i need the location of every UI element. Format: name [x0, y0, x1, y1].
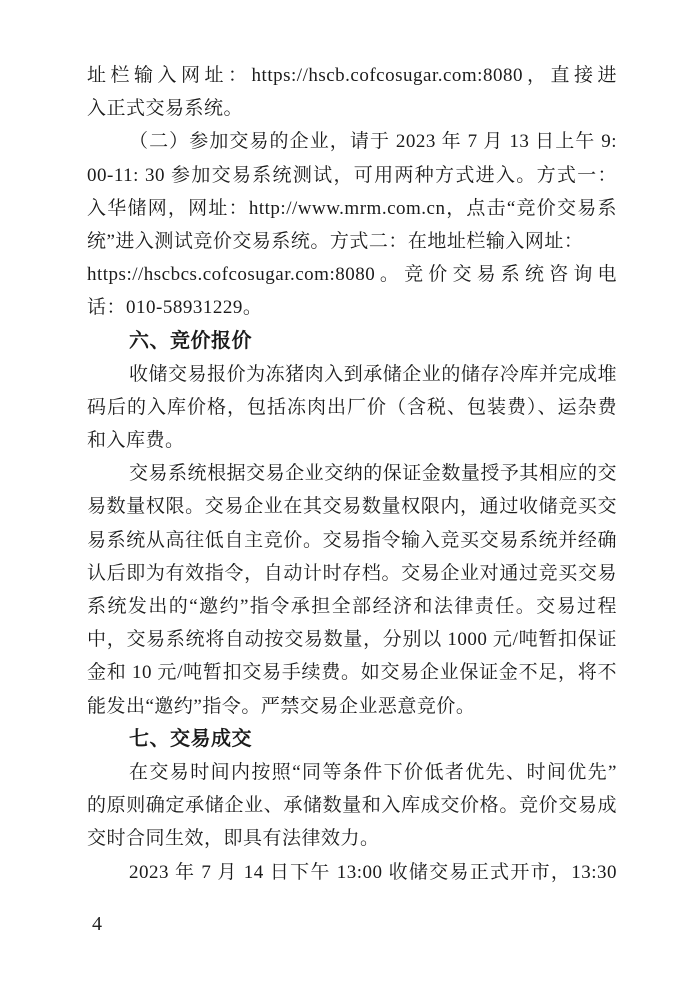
section-heading-transaction-completion: 七、交易成交 — [87, 723, 617, 756]
document-line: 交时合同生效，即具有法律效力。 — [87, 822, 617, 855]
document-line: 易系统从高往低自主竞价。交易指令输入竞买交易系统并经确 — [87, 524, 617, 557]
document-line: https://hscbcs.cofcosugar.com:8080。竞价交易系… — [87, 258, 617, 291]
document-line: 的原则确定承储企业、承储数量和入库成交价格。竞价交易成 — [87, 789, 617, 822]
document-line: 易数量权限。交易企业在其交易数量权限内，通过收储竞买交 — [87, 490, 617, 523]
document-line: 和入库费。 — [87, 424, 617, 457]
document-line: 认后即为有效指令，自动计时存档。交易企业对通过竞买交易 — [87, 557, 617, 590]
document-line: 址栏输入网址：https://hscb.cofcosugar.com:8080，… — [87, 59, 617, 92]
document-page: 址栏输入网址：https://hscb.cofcosugar.com:8080，… — [0, 0, 700, 989]
section-heading-bidding-quotation: 六、竞价报价 — [87, 325, 617, 358]
document-line: 统”进入测试竞价交易系统。方式二：在地址栏输入网址： — [87, 225, 617, 258]
document-line: 00-11: 30 参加交易系统测试，可用两种方式进入。方式一：进 — [87, 159, 617, 192]
document-line: 收储交易报价为冻猪肉入到承储企业的储存冷库并完成堆 — [87, 358, 617, 391]
document-line: 能发出“邀约”指令。严禁交易企业恶意竞价。 — [87, 690, 617, 723]
document-line: 入华储网，网址：http://www.mrm.com.cn，点击“竞价交易系 — [87, 192, 617, 225]
document-line: （二）参加交易的企业，请于 2023 年 7 月 13 日上午 9: — [87, 125, 617, 158]
page-number: 4 — [92, 912, 102, 936]
document-line: 码后的入库价格，包括冻肉出厂价（含税、包装费）、运杂费 — [87, 391, 617, 424]
document-line: 在交易时间内按照“同等条件下价低者优先、时间优先” — [87, 756, 617, 789]
document-line: 话：010-58931229。 — [87, 291, 617, 324]
document-text-block: 址栏输入网址：https://hscb.cofcosugar.com:8080，… — [87, 59, 617, 889]
document-line: 中，交易系统将自动按交易数量，分别以 1000 元/吨暂扣保证 — [87, 623, 617, 656]
document-line: 交易系统根据交易企业交纳的保证金数量授予其相应的交 — [87, 457, 617, 490]
document-line: 系统发出的“邀约”指令承担全部经济和法律责任。交易过程 — [87, 590, 617, 623]
document-line: 2023 年 7 月 14 日下午 13:00 收储交易正式开市，13:30 进 — [87, 856, 617, 889]
document-line: 入正式交易系统。 — [87, 92, 617, 125]
document-line: 金和 10 元/吨暂扣交易手续费。如交易企业保证金不足，将不 — [87, 656, 617, 689]
